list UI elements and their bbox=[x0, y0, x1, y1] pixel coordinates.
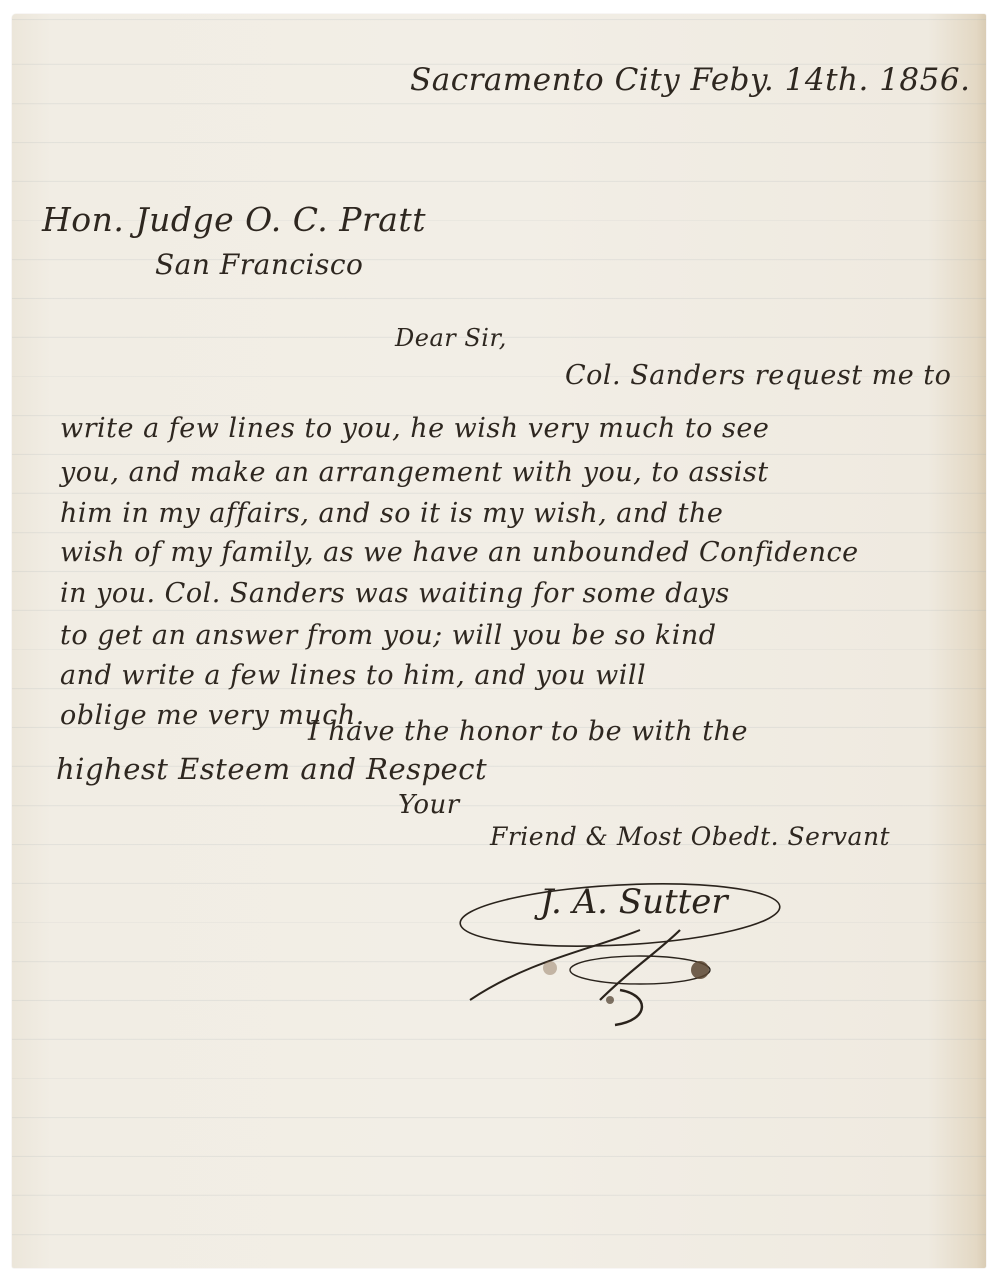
body-line: write a few lines to you, he wish very m… bbox=[60, 413, 769, 444]
closing-line: I have the honor to be with the bbox=[308, 716, 748, 747]
body-line: and write a few lines to him, and you wi… bbox=[60, 660, 646, 691]
body-line: to get an answer from you; will you be s… bbox=[60, 620, 717, 651]
addressee-city: San Francisco bbox=[155, 248, 363, 281]
body-line: in you. Col. Sanders was waiting for som… bbox=[60, 578, 730, 609]
closing-line: Friend & Most Obedt. Servant bbox=[490, 822, 890, 851]
body-line: you, and make an arrangement with you, t… bbox=[60, 457, 769, 488]
dateline: Sacramento City Feby. 14th. 1856. bbox=[410, 62, 970, 98]
signature: J. A. Sutter bbox=[450, 860, 810, 1030]
addressee: Hon. Judge O. C. Pratt bbox=[42, 200, 426, 239]
body-line: Col. Sanders request me to bbox=[565, 360, 951, 391]
body-line: wish of my family, as we have an unbound… bbox=[60, 537, 859, 568]
closing-line: Your bbox=[398, 790, 460, 820]
closing-line: highest Esteem and Respect bbox=[56, 752, 487, 786]
body-line: him in my affairs, and so it is my wish,… bbox=[60, 498, 723, 529]
salutation: Dear Sir, bbox=[395, 324, 507, 352]
signature-name: J. A. Sutter bbox=[540, 882, 728, 922]
